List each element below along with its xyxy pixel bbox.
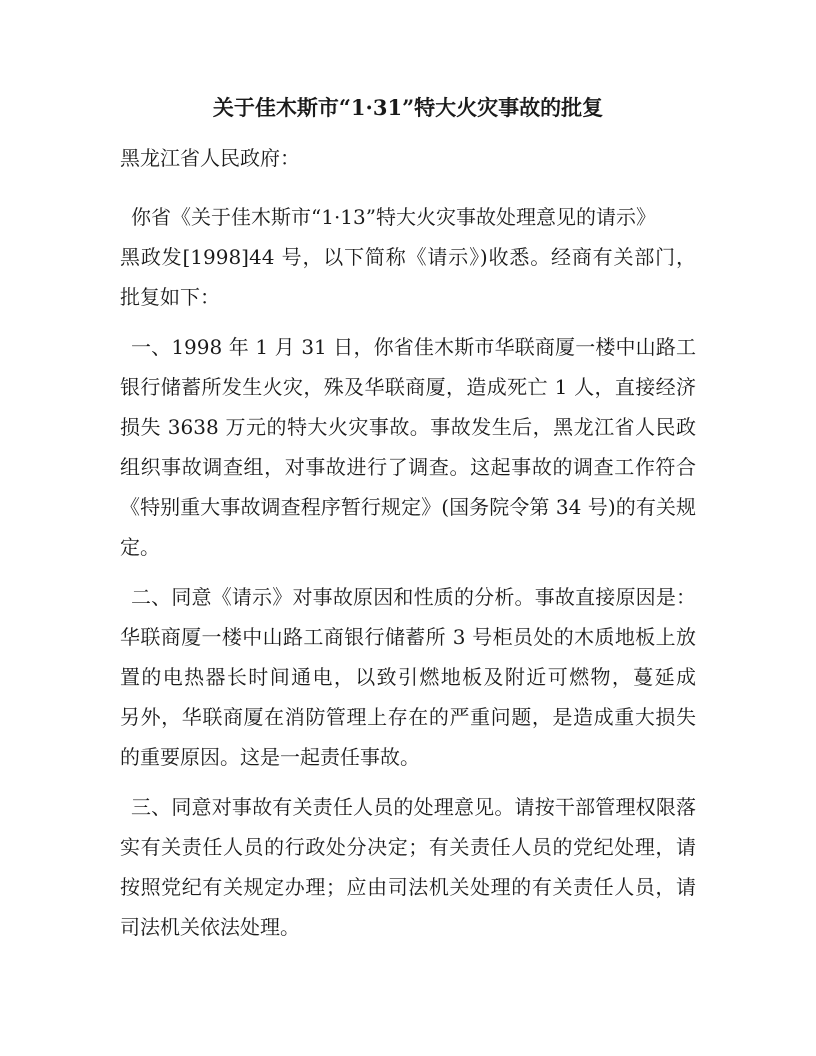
text-line: 你省《关于佳木斯市“1·13”特大火灾事故处理意见的请示》 (120, 197, 696, 237)
item-2-paragraph: 二、同意《请示》对事故原因和性质的分析。事故直接原因是： 华联商厦一楼中山路工商… (120, 577, 696, 777)
text-line: 一、1998 年 1 月 31 日，你省佳木斯市华联商厦一楼中山路工商 (120, 327, 696, 367)
text-line: 《特别重大事故调查程序暂行规定》(国务院令第 34 号)的有关规 (120, 487, 696, 527)
text-line: 的重要原因。这是一起责任事故。 (120, 737, 696, 777)
item-1-paragraph: 一、1998 年 1 月 31 日，你省佳木斯市华联商厦一楼中山路工商 银行储蓄… (120, 327, 696, 567)
text-line: 华联商厦一楼中山路工商银行储蓄所 3 号柜员处的木质地板上放 (120, 617, 696, 657)
text-line: 按照党纪有关规定办理；应由司法机关处理的有关责任人员，请 (120, 867, 696, 907)
intro-paragraph: 你省《关于佳木斯市“1·13”特大火灾事故处理意见的请示》 黑政发[1998]4… (120, 197, 696, 317)
text-line: 定。 (120, 527, 696, 567)
salutation-line: 黑龙江省人民政府： (120, 138, 696, 178)
text-line: 损失 3638 万元的特大火灾事故。事故发生后，黑龙江省人民政府 (120, 407, 696, 447)
text-line: 黑政发[1998]44 号，以下简称《请示》)收悉。经商有关部门，现 (120, 237, 696, 277)
text-line: 三、同意对事故有关责任人员的处理意见。请按干部管理权限落 (120, 787, 696, 827)
item-3-paragraph: 三、同意对事故有关责任人员的处理意见。请按干部管理权限落 实有关责任人员的行政处… (120, 787, 696, 947)
text-line: 二、同意《请示》对事故原因和性质的分析。事故直接原因是： (120, 577, 696, 617)
text-line: 银行储蓄所发生火灾，殊及华联商厦，造成死亡 1 人，直接经济 (120, 367, 696, 407)
document-page: 关于佳木斯市“1·31”特大火灾事故的批复 黑龙江省人民政府： 你省《关于佳木斯… (0, 0, 816, 1056)
text-line: 组织事故调查组，对事故进行了调查。这起事故的调查工作符合 (120, 447, 696, 487)
text-line: 司法机关依法处理。 (120, 907, 696, 947)
text-line: 置的电热器长时间通电，以致引燃地板及附近可燃物，蔓延成灾。 (120, 657, 696, 697)
text-line: 另外，华联商厦在消防管理上存在的严重问题，是造成重大损失 (120, 697, 696, 737)
text-line: 批复如下： (120, 277, 696, 317)
document-title: 关于佳木斯市“1·31”特大火灾事故的批复 (120, 88, 696, 128)
text-line: 实有关责任人员的行政处分决定；有关责任人员的党纪处理，请 (120, 827, 696, 867)
